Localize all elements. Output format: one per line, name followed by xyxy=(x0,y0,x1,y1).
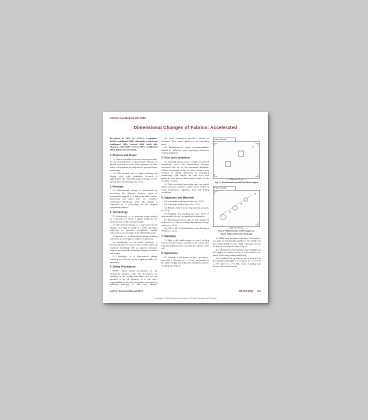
figure-2: Fabric Sample ↗ 380 mm (15 i xyxy=(213,186,261,235)
paragraph: 6.6 1993 AATCC Standard Reference Deterg… xyxy=(161,227,209,233)
paragraph: 8.2 Mark each specimen with three 250 mm… xyxy=(213,237,261,248)
paragraph: 3.3 growth, n.—a dimensional change resu… xyxy=(110,235,158,241)
benchmark-circle-icon xyxy=(221,215,227,221)
paragraph: NOTE: These safety precautions are for i… xyxy=(110,270,158,287)
copyright-line: Copyright © 2009 American Association of… xyxy=(110,297,261,299)
section-heading: 1. Purpose and Scope xyxy=(110,154,158,157)
section-heading: 7. Sampling xyxy=(161,235,209,238)
paragraph: 6.4 Indelible ink marking pen (see 12.3)… xyxy=(161,213,209,219)
corner-mark xyxy=(215,174,218,177)
benchmark-dot-icon xyxy=(229,211,230,212)
section-heading: 3. Terminology xyxy=(110,211,158,214)
benchmark-circle-icon xyxy=(244,198,248,202)
page-footer: AATCC Technical Manual/2010 TM 187-20093… xyxy=(110,290,261,293)
paragraph: 4.1 Good laboratory practices should be … xyxy=(161,138,209,146)
page-title: Dimensional Changes of Fabrics: Accelera… xyxy=(110,126,261,131)
arrow-icon: ↗ xyxy=(251,146,253,149)
footer-method-number: TM 187-2009 xyxy=(239,290,253,292)
corner-mark xyxy=(215,192,218,195)
paragraph: 3.4 laundering, n.—of textile materials,… xyxy=(110,241,158,255)
figure-column: Fabric Sample ↗ 380 mm (15 in.) 380 mm (… xyxy=(213,138,261,287)
document-page: AATCC Test Method 187-2009 Dimensional C… xyxy=(103,112,268,303)
benchmark-circle-icon xyxy=(233,206,238,211)
figure-1: Fabric Sample ↗ 380 mm (15 in.) 380 mm (… xyxy=(213,138,261,185)
figure-1-caption: Fig. 1—Benchmarks parallel to fabric edg… xyxy=(213,182,260,185)
section-heading: 8. Specimens xyxy=(161,252,209,255)
footer-manual-reference: AATCC Technical Manual/2010 xyxy=(110,290,143,293)
page-content: AATCC Test Method 187-2009 Dimensional C… xyxy=(103,112,268,303)
footer-right: TM 187-2009323 xyxy=(239,290,261,293)
viewer-background: AATCC Test Method 187-2009 Dimensional C… xyxy=(0,0,368,420)
benchmark-dot-icon xyxy=(241,203,242,204)
text-column-1: Developed in 1997 by AATCC Committee RA4… xyxy=(110,138,158,287)
corner-mark xyxy=(255,223,258,226)
paragraph: 3.5 shrinkage, n.—a dimensional change r… xyxy=(110,255,158,263)
paragraph: Developed in 1997 by AATCC Committee RA4… xyxy=(110,138,158,152)
benchmark-square-icon xyxy=(238,151,244,157)
paragraph: 4.2 Manufacturer's safety recommendation… xyxy=(161,146,209,154)
paragraph: 6.5 Measuring devices: tape or rule mark… xyxy=(161,219,209,227)
diagonal-arrow-icon: ↗ xyxy=(254,193,256,196)
paragraph: 2.1 Dimensional change is determined by … xyxy=(110,190,158,209)
corner-mark xyxy=(215,143,218,146)
section-heading: 5. Uses and Limitations xyxy=(161,157,209,160)
section-heading: 4. Safety Precautions xyxy=(110,266,158,269)
paragraph: 8.4 Condition the specimens for at least… xyxy=(213,257,261,268)
figure-column-text: 8.2 Mark each specimen with three 250 mm… xyxy=(213,237,261,268)
figure-2-sample-label: Fabric Sample xyxy=(213,186,235,190)
paragraph: 3.1 benchmark, n.—a reference point mark… xyxy=(110,215,158,223)
text-column-2: 4.1 Good laboratory practices should be … xyxy=(161,138,209,287)
section-heading: 6. Apparatus and Materials xyxy=(161,196,209,199)
figure-2-caption-line2: fabric edges (alternate marking) xyxy=(213,233,260,236)
paragraph: 7.1 Take a full width sample at least 1 … xyxy=(161,239,209,250)
paragraph: 1.2 This method uses a single washing an… xyxy=(110,172,158,183)
corner-mark xyxy=(255,174,258,177)
figure-1-sample-label: Fabric Sample xyxy=(213,138,235,142)
footer-page-number: 323 xyxy=(257,290,261,292)
figure-1-diagram: ↗ 380 mm (15 in.) xyxy=(213,142,260,179)
paragraph: 8.1 Prepare a minimum of three specimens… xyxy=(161,256,209,267)
corner-mark xyxy=(255,143,258,146)
figure-2-diagram: ↗ xyxy=(213,190,260,227)
method-reference: AATCC Test Method 187-2009 xyxy=(110,117,146,120)
paragraph: 6.3 Balance with at least 5 kg capacity,… xyxy=(161,207,209,213)
paragraph: 5.1 Although this test uses a single acc… xyxy=(161,161,209,183)
benchmark-square-icon xyxy=(225,161,231,167)
text-columns: Developed in 1997 by AATCC Committee RA4… xyxy=(110,138,261,287)
paragraph: 8.3 Alternatively, benchmarks may be app… xyxy=(213,249,261,257)
section-heading: 2. Principle xyxy=(110,185,158,188)
paragraph: 3.2 dimensional change, n.—a generic ter… xyxy=(110,224,158,235)
paragraph: 5.2 This accelerated procedure may not r… xyxy=(161,183,209,194)
paragraph: 1.1 This test method is an accelerated p… xyxy=(110,158,158,172)
